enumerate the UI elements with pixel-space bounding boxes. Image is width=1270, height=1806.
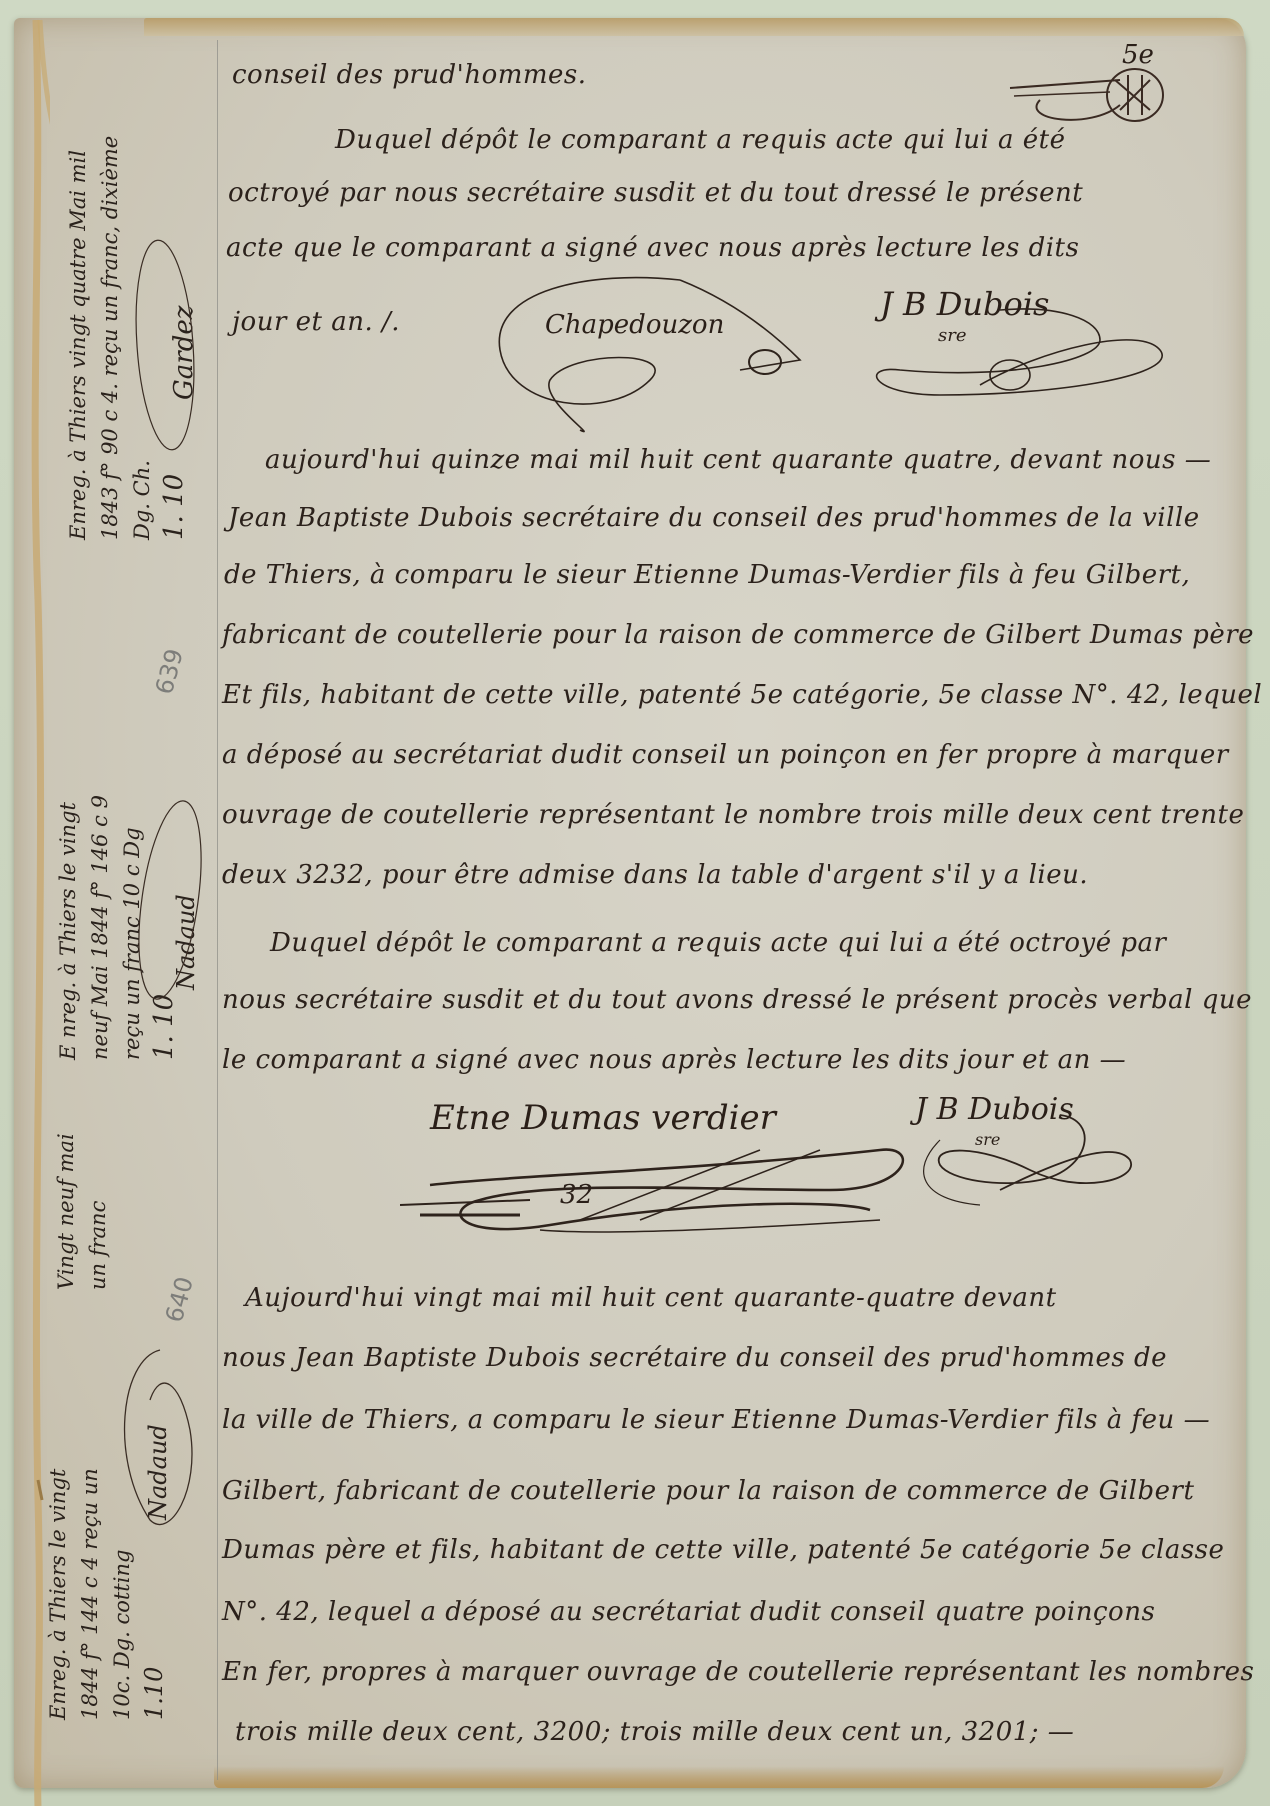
signature-dubois-1: J B Dubois [880,285,1049,323]
margin-note-2b: Vingt neuf mai un franc [50,1133,114,1290]
entry2-line-1: aujourd'hui quinze mai mil huit cent qua… [265,445,1211,475]
entry2-line-11: le comparant a signé avec nous après lec… [222,1045,1126,1075]
entry3-line-8: trois mille deux cent, 3200; trois mille… [235,1717,1074,1747]
entry3-line-4: Gilbert, fabricant de coutellerie pour l… [222,1476,1194,1506]
entry3-line-7: En fer, propres à marquer ouvrage de cou… [222,1657,1254,1687]
entry1-line-4: acte que le comparant a signé avec nous … [226,233,1079,263]
entry2-line-6: a déposé au secrétariat dudit conseil un… [222,740,1229,770]
signature-dubois-2: J B Dubois [915,1092,1074,1127]
entry2-line-10: nous secrétaire susdit et du tout avons … [222,985,1252,1015]
entry1-line-3: octroyé par nous secrétaire susdit et du… [228,178,1083,208]
entry2-line-9: Duquel dépôt le comparant a requis acte … [270,928,1166,958]
entry2-line-4: fabricant de coutellerie pour la raison … [222,620,1254,650]
margin-note-3-line-2: 1844 f° 144 c 4 reçu un [74,1468,106,1720]
corner-mark: 5e [1122,40,1154,70]
entry3-line-2: nous Jean Baptiste Dubois secrétaire du … [222,1343,1167,1373]
page-top-edge [144,18,1244,36]
signature-dubois-2-suffix: sre [975,1130,1000,1149]
entry1-line-5: jour et an. /. [232,307,400,337]
entry3-line-1: Aujourd'hui vingt mai mil huit cent quar… [245,1283,1057,1313]
margin-note-2b-line-2: un franc [82,1133,114,1290]
page-bottom-edge [214,1766,1224,1788]
signature-dubois-1-suffix: sre [938,325,967,346]
margin-note-2-line-2: neuf Mai 1844 f° 146 c 9 [84,795,116,1060]
margin-note-2b-line-1: Vingt neuf mai [50,1133,82,1290]
signature-chapedouzon: Chapedouzon [545,310,724,340]
margin-note-1-line-1: Enreg. à Thiers vingt quatre Mai mil [62,136,94,540]
margin-note-2-line-3: reçu un franc 10 c Dg [116,795,148,1060]
margin-note-3-line-3: 10c. Dg. cotting [106,1468,138,1720]
entry1-line-2: Duquel dépôt le comparant a requis acte … [335,125,1066,155]
entry3-line-5: Dumas père et fils, habitant de cette vi… [222,1535,1224,1565]
entry2-line-2: Jean Baptiste Dubois secrétaire du conse… [228,503,1200,533]
signature-dumas-verdier: Etne Dumas verdier [430,1098,776,1138]
entry2-line-5: Et fils, habitant de cette ville, patent… [222,680,1262,710]
entry3-line-6: N°. 42, lequel a déposé au secrétariat d… [222,1597,1155,1627]
margin-note-1-signature: Gardez [168,306,200,400]
margin-note-2: E nreg. à Thiers le vingt neuf Mai 1844 … [52,795,180,1060]
margin-note-1-line-3: Dg. Ch. [126,136,158,540]
margin-note-2-signature: Nadaud [170,894,202,990]
entry1-line-1: conseil des prud'hommes. [232,60,587,90]
margin-note-2-line-1: E nreg. à Thiers le vingt [52,795,84,1060]
entry2-line-8: deux 3232, pour être admise dans la tabl… [222,860,1088,890]
margin-note-3-signature: Nadaud [142,1424,174,1520]
entry2-line-3: de Thiers, à comparu le sieur Etienne Du… [224,560,1190,590]
margin-note-3-line-1: Enreg. à Thiers le vingt [42,1468,74,1720]
flourish-number-32: 32 [560,1180,593,1210]
margin-note-1-line-2: 1843 f° 90 c 4. reçu un franc, dixième [94,136,126,540]
entry3-line-3: la ville de Thiers, a comparu le sieur E… [222,1405,1210,1435]
entry2-line-7: ouvrage de coutellerie représentant le n… [222,800,1244,830]
margin-rule-line [217,40,218,1780]
